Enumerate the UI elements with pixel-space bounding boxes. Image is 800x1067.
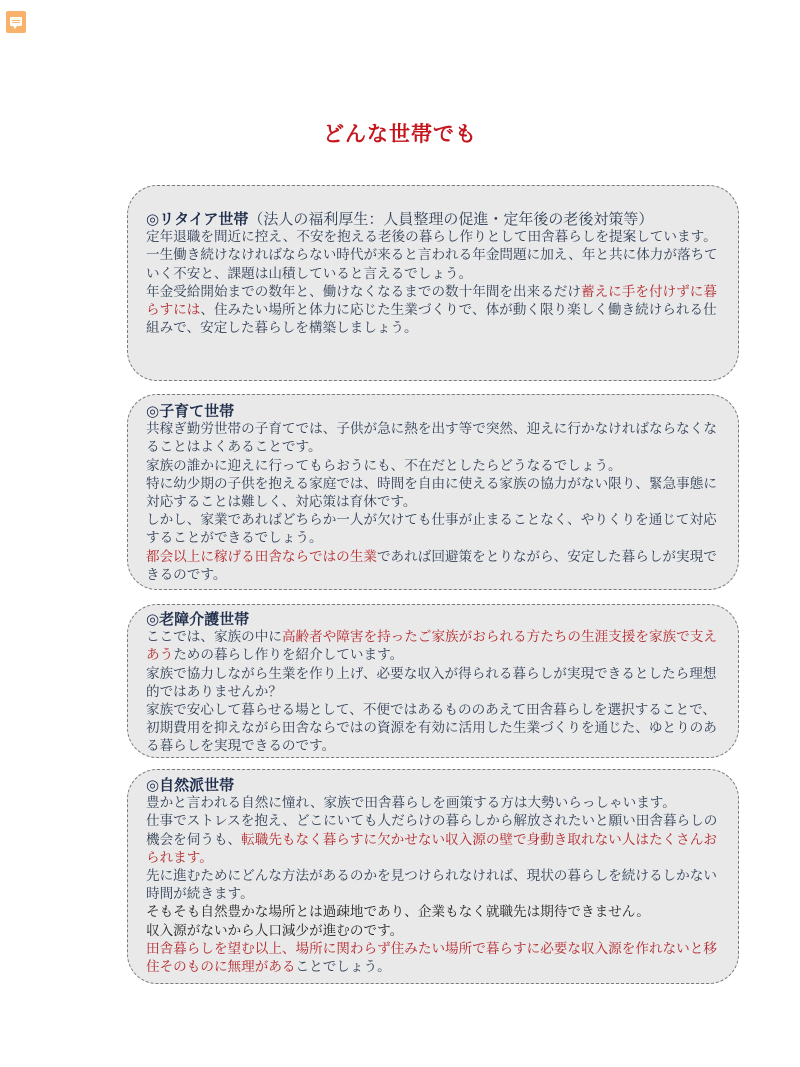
section-heading: ◎リタイア世帯（法人の福利厚生：人員整理の促進・定年後の老後対策等） bbox=[146, 210, 724, 228]
highlight-text: 都会以上に稼げる田舎ならではの生業 bbox=[146, 549, 377, 565]
page-title: どんな世帯でも bbox=[0, 118, 800, 148]
paragraph: 定年退職を間近に控え、不安を抱える老後の暮らし作りとして田舎暮らしを提案していま… bbox=[146, 228, 724, 246]
section-heading: ◎老障介護世帯 bbox=[146, 610, 724, 628]
paragraph: 家族で協力しながら生業を作り上げ、必要な収入が得られる暮らしが実現できるとしたら… bbox=[146, 665, 724, 701]
paragraph: 収入源がないから人口減少が進むのです。 bbox=[146, 922, 724, 940]
paragraph: しかし、家業であればどちらか一人が欠けても仕事が止まることなく、やりくりを通じて… bbox=[146, 511, 724, 547]
paragraph: 仕事でストレスを抱え、どこにいても人だらけの暮らしから解放されたいと願い田舎暮ら… bbox=[146, 812, 724, 867]
paragraph: 豊かと言われる自然に憧れ、家族で田舎暮らしを画策する方は大勢いらっしゃいます。 bbox=[146, 794, 724, 812]
paragraph: 一生働き続けなければならない時代が来ると言われる年金問題に加え、年と共に体力が落… bbox=[146, 246, 724, 282]
paragraph: 共稼ぎ勤労世帯の子育てでは、子供が急に熱を出す等で突然、迎えに行かなければならな… bbox=[146, 420, 724, 456]
paragraph: 都会以上に稼げる田舎ならではの生業であれば回避策をとりながら、安定した暮らしが実… bbox=[146, 548, 724, 584]
paragraph: 家族で安心して暮らせる場として、不便ではあるもののあえて田舎暮らしを選択すること… bbox=[146, 701, 724, 756]
section-childcare-household: ◎子育て世帯 共稼ぎ勤労世帯の子育てでは、子供が急に熱を出す等で突然、迎えに行か… bbox=[127, 394, 739, 590]
section-elderly-care-household: ◎老障介護世帯 ここでは、家族の中に高齢者や障害を持ったご家族がおられる方たちの… bbox=[127, 604, 739, 758]
comment-icon[interactable] bbox=[6, 11, 26, 33]
paragraph: 家族の誰かに迎えに行ってもらおうにも、不在だとしたらどうなるでしょう。 bbox=[146, 457, 724, 475]
paragraph: そもそも自然豊かな場所とは過疎地であり、企業もなく就職先は期待できません。 bbox=[146, 903, 724, 921]
paragraph: 田舎暮らしを望む以上、場所に関わらず住みたい場所で暮らすに必要な収入源を作れない… bbox=[146, 940, 724, 976]
paragraph: 特に幼少期の子供を抱える家庭では、時間を自由に使える家族の協力がない限り、緊急事… bbox=[146, 475, 724, 511]
paragraph: 年金受給開始までの数年と、働けなくなるまでの数十年間を出来るだけ蓄えに手を付けず… bbox=[146, 283, 724, 338]
section-retire-household: ◎リタイア世帯（法人の福利厚生：人員整理の促進・定年後の老後対策等） 定年退職を… bbox=[127, 185, 739, 381]
section-heading: ◎子育て世帯 bbox=[146, 402, 724, 420]
paragraph: ここでは、家族の中に高齢者や障害を持ったご家族がおられる方たちの生涯支援を家族で… bbox=[146, 628, 724, 664]
section-subheading: （法人の福利厚生：人員整理の促進・定年後の老後対策等） bbox=[248, 210, 653, 228]
highlight-text: 田舎暮らしを望む以上、場所に関わらず住みたい場所で暮らすに必要な収入源を作れない… bbox=[146, 941, 717, 975]
section-nature-household: ◎自然派世帯 豊かと言われる自然に憧れ、家族で田舎暮らしを画策する方は大勢いらっ… bbox=[127, 769, 739, 984]
paragraph: 先に進むためにどんな方法があるのかを見つけられなければ、現状の暮らしを続けるしか… bbox=[146, 867, 724, 903]
comment-bubble-glyph bbox=[10, 17, 22, 26]
section-heading: ◎自然派世帯 bbox=[146, 776, 724, 794]
